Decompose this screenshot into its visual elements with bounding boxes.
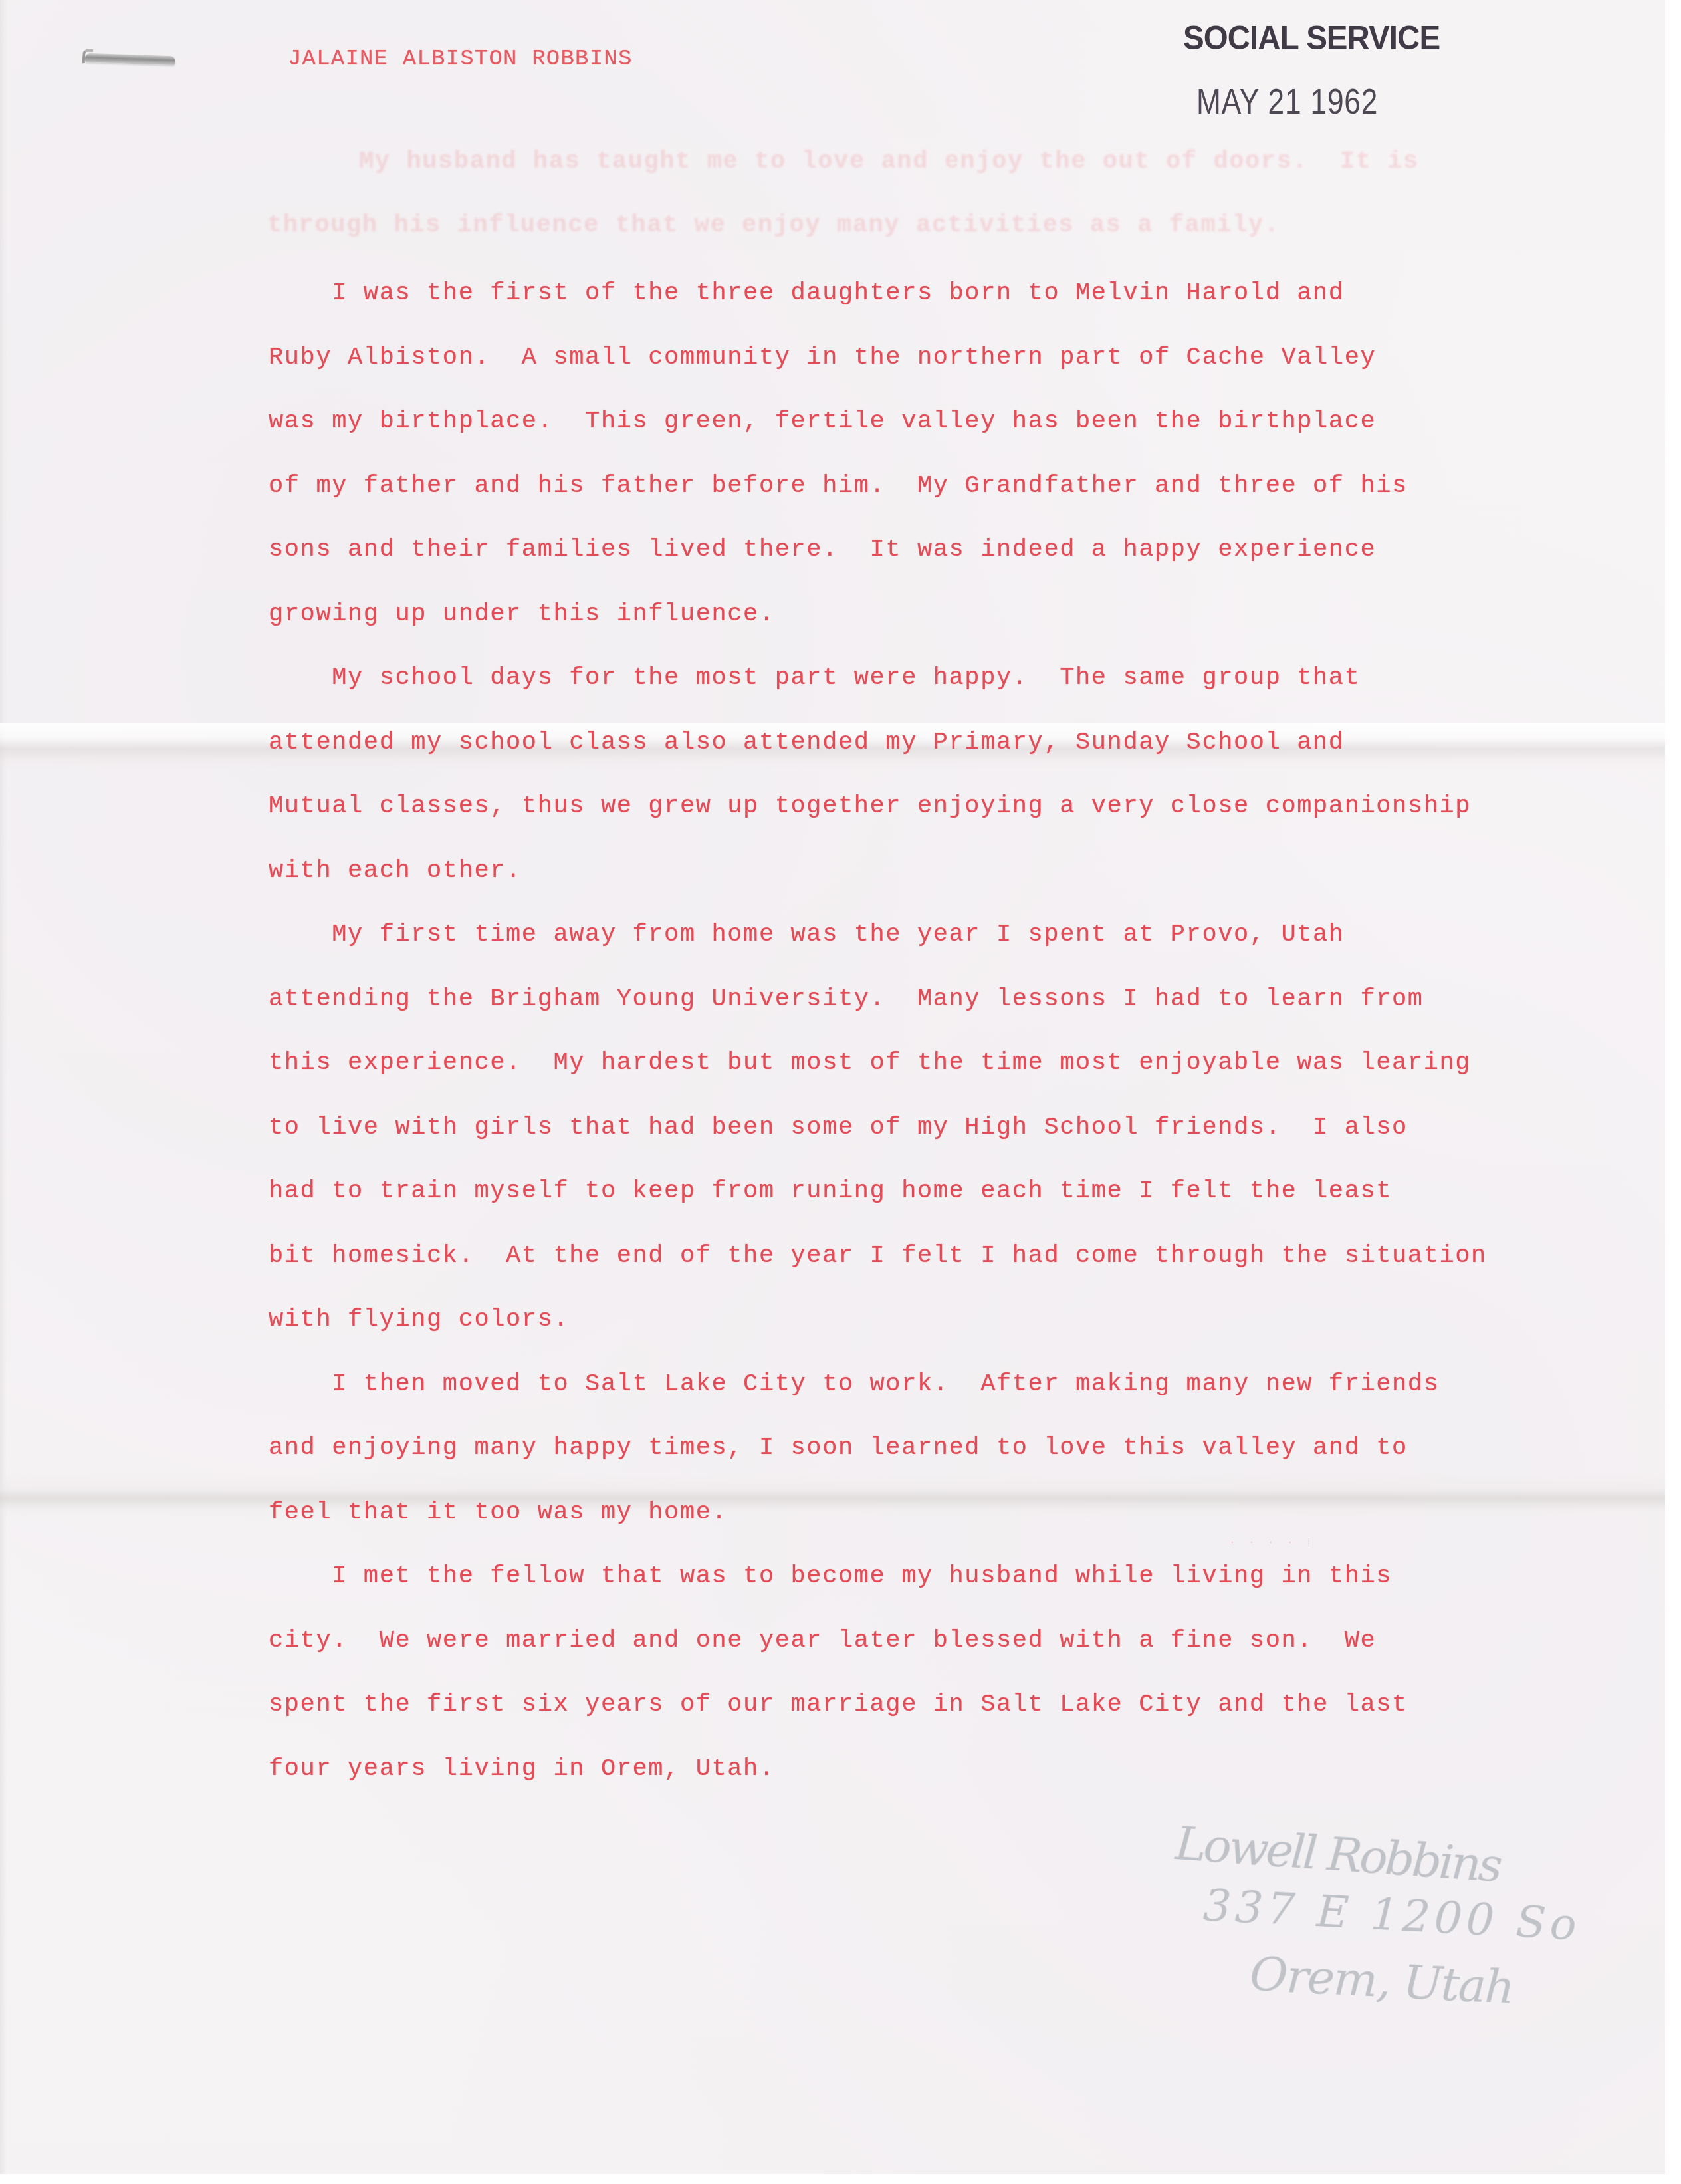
typed-line: with each other. <box>269 857 522 885</box>
typed-line: spent the first six years of our marriag… <box>269 1691 1408 1719</box>
typed-line: bit homesick. At the end of the year I f… <box>269 1242 1487 1270</box>
show-through-text: My husband has taught me to love and enj… <box>359 148 1419 176</box>
typed-line: had to train myself to keep from runing … <box>269 1177 1392 1205</box>
typed-line: attended my school class also attended m… <box>269 729 1345 757</box>
typed-line: I met the fellow that was to become my h… <box>269 1562 1392 1590</box>
typed-line: feel that it too was my home. <box>269 1499 727 1526</box>
typed-line: sons and their families lived there. It … <box>269 536 1376 564</box>
received-stamp-date: MAY 21 1962 <box>1196 81 1378 122</box>
typed-line: four years living in Orem, Utah. <box>269 1755 775 1783</box>
typed-line: My school days for the most part were ha… <box>269 664 1360 692</box>
typed-line: I then moved to Salt Lake City to work. … <box>269 1370 1439 1398</box>
ink-speck: · · · · | <box>1230 1538 1329 1544</box>
typed-line: and enjoying many happy times, I soon le… <box>269 1434 1408 1462</box>
document-page: JALAINE ALBISTON ROBBINS SOCIAL SERVICE … <box>0 0 1665 2174</box>
typed-line: was my birthplace. This green, fertile v… <box>269 408 1376 435</box>
received-stamp-department: SOCIAL SERVICE <box>1183 19 1440 57</box>
show-through-text: through his influence that we enjoy many… <box>267 211 1280 239</box>
fold-crease <box>0 1473 1665 1519</box>
author-heading: JALAINE ALBISTON ROBBINS <box>288 47 632 72</box>
typed-line: I was the first of the three daughters b… <box>269 279 1345 307</box>
typed-line: My first time away from home was the yea… <box>269 921 1345 949</box>
typed-line: this experience. My hardest but most of … <box>269 1049 1471 1077</box>
typed-line: Mutual classes, thus we grew up together… <box>269 792 1471 820</box>
handwritten-city: Orem, Utah <box>1248 1947 1515 2015</box>
typed-line: attending the Brigham Young University. … <box>269 985 1424 1013</box>
handwritten-address: 337 E 1200 So <box>1202 1880 1581 1951</box>
typed-line: with flying colors. <box>269 1306 569 1334</box>
typed-line: city. We were married and one year later… <box>269 1627 1376 1655</box>
typed-line: Ruby Albiston. A small community in the … <box>269 344 1376 372</box>
typed-line: to live with girls that had been some of… <box>269 1114 1408 1142</box>
typed-line: of my father and his father before him. … <box>269 472 1408 500</box>
staple-icon <box>85 53 175 66</box>
typed-line: growing up under this influence. <box>269 600 775 628</box>
